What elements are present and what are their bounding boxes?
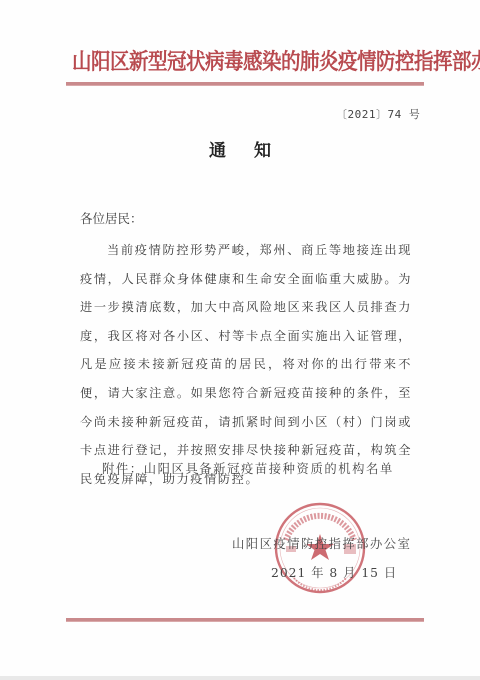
notice-body: 当前疫情防控形势严峻，郑州、商丘等地接连出现疫情，人民群众身体健康和生命安全面临… [80,236,412,493]
signing-date: 2021 年 8 月 15 日 [271,563,397,581]
footer-red-rule [66,618,424,622]
issuer-header: 山阳区新型冠状病毒感染的肺炎疫情防控指挥部办公室 [72,44,422,76]
document-page: 山阳区新型冠状病毒感染的肺炎疫情防控指挥部办公室 〔2021〕74 号 通知 各… [0,0,480,680]
signer-organization: 山阳区疫情防控指挥部办公室 [232,534,411,552]
attachment-line: 附件：山阳区具备新冠疫苗接种资质的机构名单 [102,459,394,477]
salutation: 各位居民： [80,209,143,227]
document-number: 〔2021〕74 号 [336,106,420,122]
header-red-rule [66,82,424,86]
notice-title: 通知 [0,136,480,161]
bottom-edge [0,676,480,680]
